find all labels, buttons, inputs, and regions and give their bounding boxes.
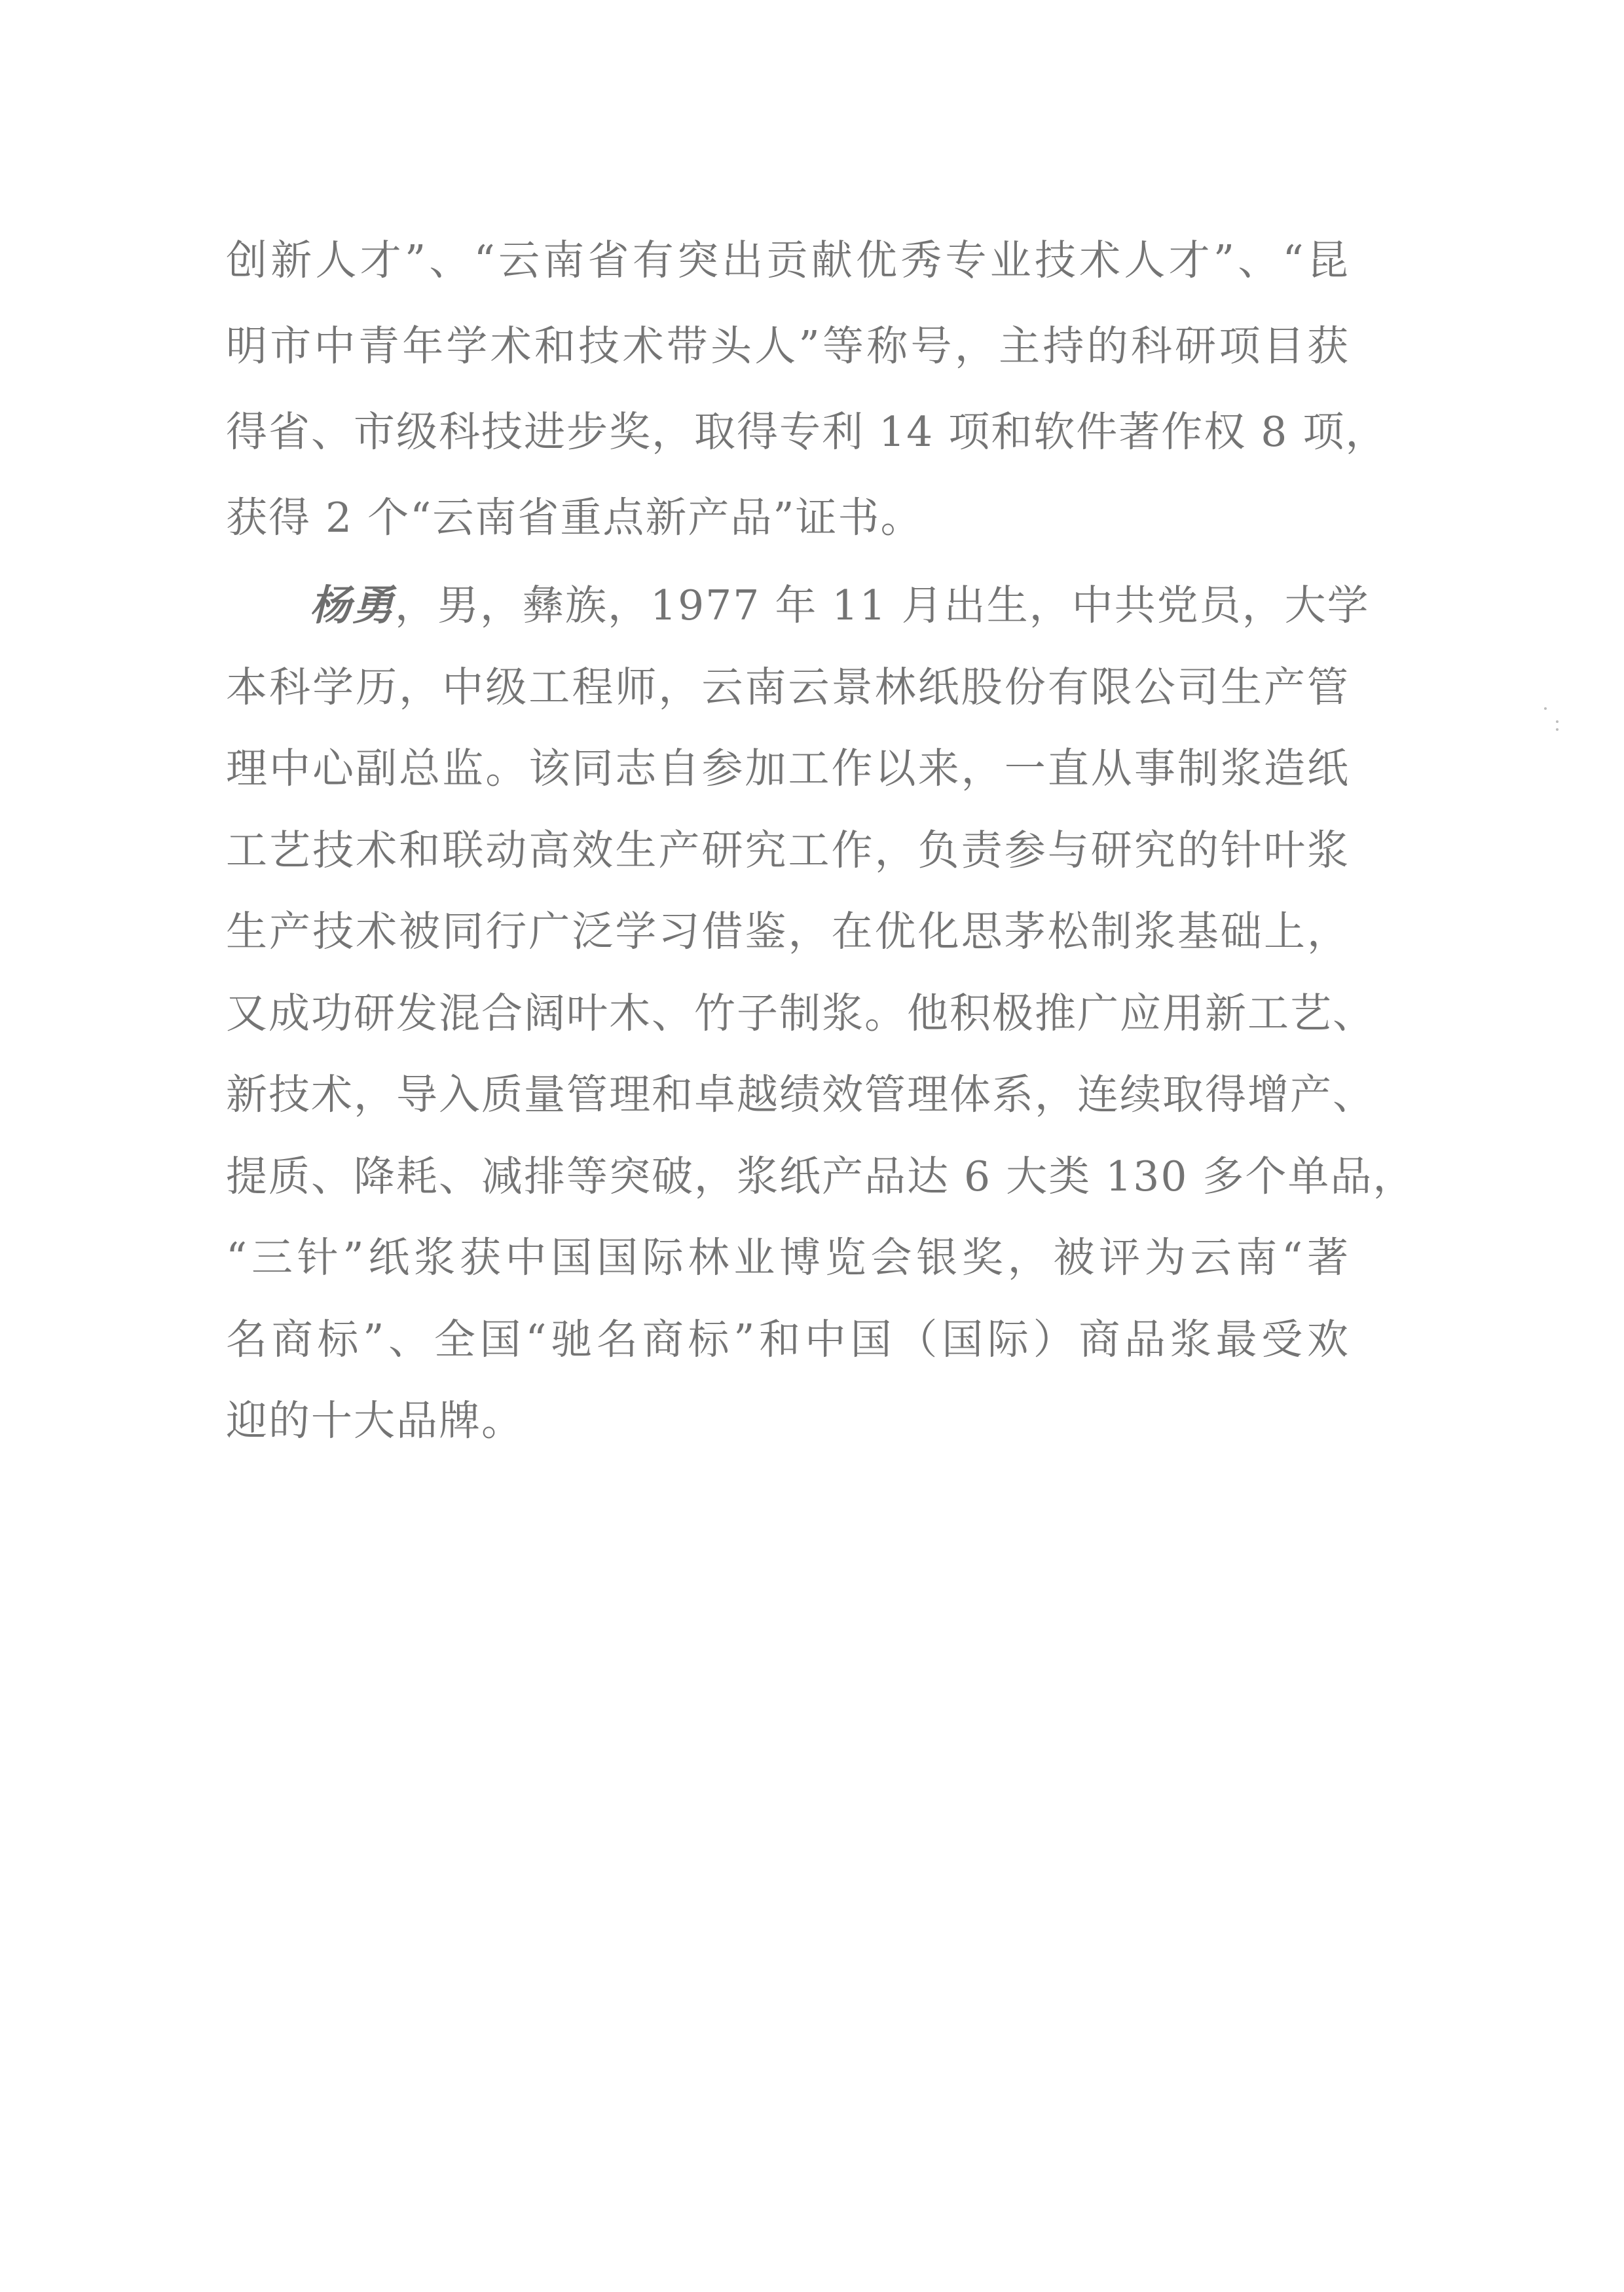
paragraph-awards: 创新人才”、“云南省有突出贡献优秀专业技术人才”、“昆 明市中青年学术和技术带头… [226, 217, 1350, 561]
text-line: 理中心副总监。该同志自参加工作以来，一直从事制浆造纸 [226, 728, 1350, 810]
text-line: 明市中青年学术和技术带头人”等称号，主持的科研项目获 [226, 303, 1350, 389]
text-line: 新技术，导入质量管理和卓越绩效管理体系，连续取得增产、 [226, 1054, 1350, 1136]
text-line: 本科学历，中级工程师，云南云景林纸股份有限公司生产管 [226, 647, 1350, 729]
text-line: 迎的十大品牌。 [226, 1380, 1350, 1462]
text-line: 又成功研发混合阔叶木、竹子制浆。他积极推广应用新工艺、 [226, 973, 1350, 1055]
text-line: 生产技术被同行广泛学习借鉴，在优化思茅松制浆基础上， [226, 891, 1350, 973]
text-line: 获得 2 个“云南省重点新产品”证书。 [226, 475, 1350, 561]
text-line-first: 杨勇，男，彝族，1977 年 11 月出生，中共党员，大学 [226, 564, 1350, 647]
text-line: 得省、市级科技进步奖，取得专利 14 项和软件著作权 8 项， [226, 389, 1350, 475]
text-line: 提质、降耗、减排等突破，浆纸产品达 6 大类 130 多个单品， [226, 1136, 1350, 1218]
paragraph-yang-yong-bio: 杨勇，男，彝族，1977 年 11 月出生，中共党员，大学 本科学历，中级工程师… [226, 564, 1350, 1462]
text-line: “三针”纸浆获中国国际林业博览会银奖，被评为云南“著 [226, 1217, 1350, 1299]
scan-speck [1556, 728, 1559, 731]
text-segment: ，男，彝族，1977 年 11 月出生，中共党员，大学 [395, 582, 1370, 629]
scan-speck [1556, 720, 1559, 723]
scan-speck [1544, 707, 1547, 710]
text-line: 工艺技术和联动高效生产研究工作，负责参与研究的针叶浆 [226, 810, 1350, 892]
text-line: 创新人才”、“云南省有突出贡献优秀专业技术人才”、“昆 [226, 217, 1350, 303]
text-line: 名商标”、全国“驰名商标”和中国（国际）商品浆最受欢 [226, 1299, 1350, 1381]
document-page: 创新人才”、“云南省有突出贡献优秀专业技术人才”、“昆 明市中青年学术和技术带头… [0, 0, 1624, 2292]
person-name: 杨勇 [310, 581, 395, 629]
